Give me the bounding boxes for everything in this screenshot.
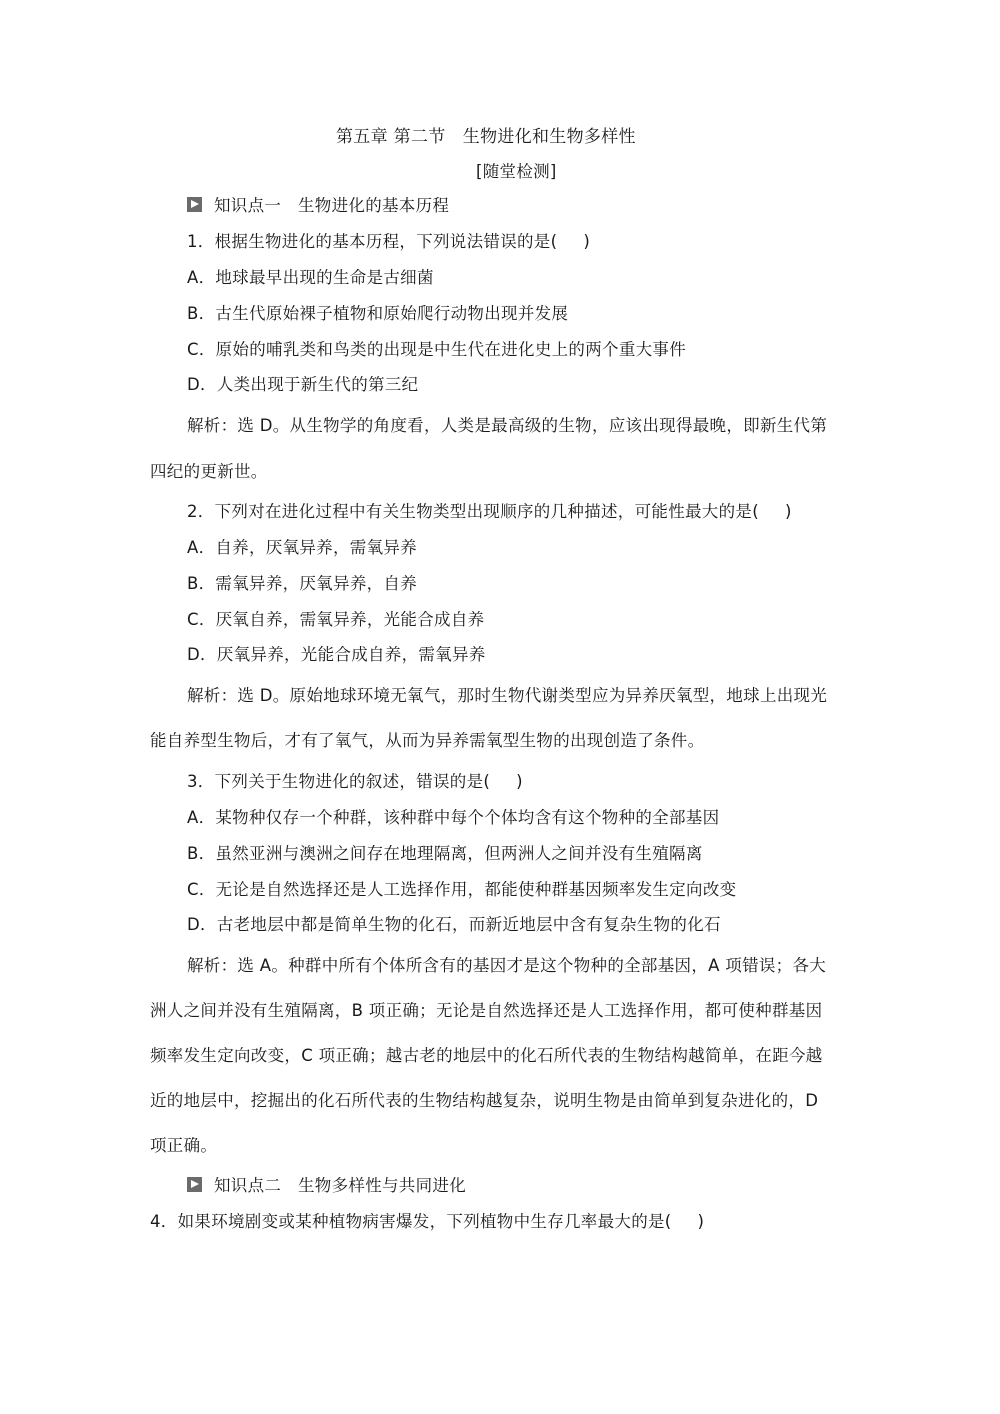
question-3-option-a: A．某物种仅存一个种群，该种群中每个个体均含有这个物种的全部基因 [187,804,719,828]
question-1-stem: 1．根据生物进化的基本历程，下列说法错误的是() [187,228,590,252]
question-2-analysis-line-2: 能自养型生物后，才有了氧气，从而为异养需氧型生物的出现创造了条件。 [150,727,704,751]
play-triangle-icon [187,197,202,212]
question-4-stem: 4．如果环境剧变或某种植物病害爆发，下列植物中生存几率最大的是() [150,1208,704,1232]
question-1-analysis-line-2: 四纪的更新世。 [150,458,268,482]
question-3-analysis-line-5: 项正确。 [150,1132,217,1156]
question-2-option-b: B．需氧异养，厌氧异养，自养 [187,570,417,594]
question-3-analysis-line-1: 解析：选 A。种群中所有个体所含有的基因才是这个物种的全部基因，A 项错误；各大 [187,952,826,976]
question-3-stem: 3．下列关于生物进化的叙述，错误的是() [187,768,523,792]
question-2-stem: 2．下列对在进化过程中有关生物类型出现顺序的几种描述，可能性最大的是() [187,498,792,522]
play-triangle-icon [187,1177,202,1192]
question-3-analysis-line-3: 频率发生定向改变，C 项正确；越古老的地层中的化石所代表的生物结构越简单，在距今… [150,1042,823,1066]
section-label: 知识点二 生物多样性与共同进化 [214,1172,466,1196]
section-label: 知识点一 生物进化的基本历程 [214,192,449,216]
page-subtitle: [随堂检测] [476,158,557,182]
page-title: 第五章 第二节 生物进化和生物多样性 [336,122,636,147]
question-1-analysis-line-1: 解析：选 D。从生物学的角度看，人类是最高级的生物，应该出现得最晚，即新生代第 [187,412,827,436]
document-page: 第五章 第二节 生物进化和生物多样性 [随堂检测] 知识点一 生物进化的基本历程… [0,0,1000,1414]
question-2-option-a: A．自养，厌氧异养，需氧异养 [187,534,417,558]
question-2-option-d: D．厌氧异养，光能合成自养，需氧异养 [187,641,486,665]
question-1-option-c: C．原始的哺乳类和鸟类的出现是中生代在进化史上的两个重大事件 [187,336,686,360]
question-1-option-a: A．地球最早出现的生命是古细菌 [187,264,434,288]
section-heading-1: 知识点一 生物进化的基本历程 [187,192,449,216]
question-3-analysis-line-4: 近的地层中，挖掘出的化石所代表的生物结构越复杂，说明生物是由简单到复杂进化的，D [150,1087,818,1111]
question-3-analysis-line-2: 洲人之间并没有生殖隔离，B 项正确；无论是自然选择还是人工选择作用，都可使种群基… [150,997,822,1021]
section-heading-2: 知识点二 生物多样性与共同进化 [187,1172,466,1196]
question-1-option-d: D．人类出现于新生代的第三纪 [187,371,418,395]
question-2-analysis-line-1: 解析：选 D。原始地球环境无氧气，那时生物代谢类型应为异养厌氧型，地球上出现光 [187,682,827,706]
question-3-option-c: C．无论是自然选择还是人工选择作用，都能使种群基因频率发生定向改变 [187,876,736,900]
question-1-option-b: B．古生代原始裸子植物和原始爬行动物出现并发展 [187,300,568,324]
question-3-option-b: B．虽然亚洲与澳洲之间存在地理隔离，但两洲人之间并没有生殖隔离 [187,840,703,864]
question-3-option-d: D．古老地层中都是简单生物的化石，而新近地层中含有复杂生物的化石 [187,911,721,935]
question-2-option-c: C．厌氧自养，需氧异养，光能合成自养 [187,606,484,630]
